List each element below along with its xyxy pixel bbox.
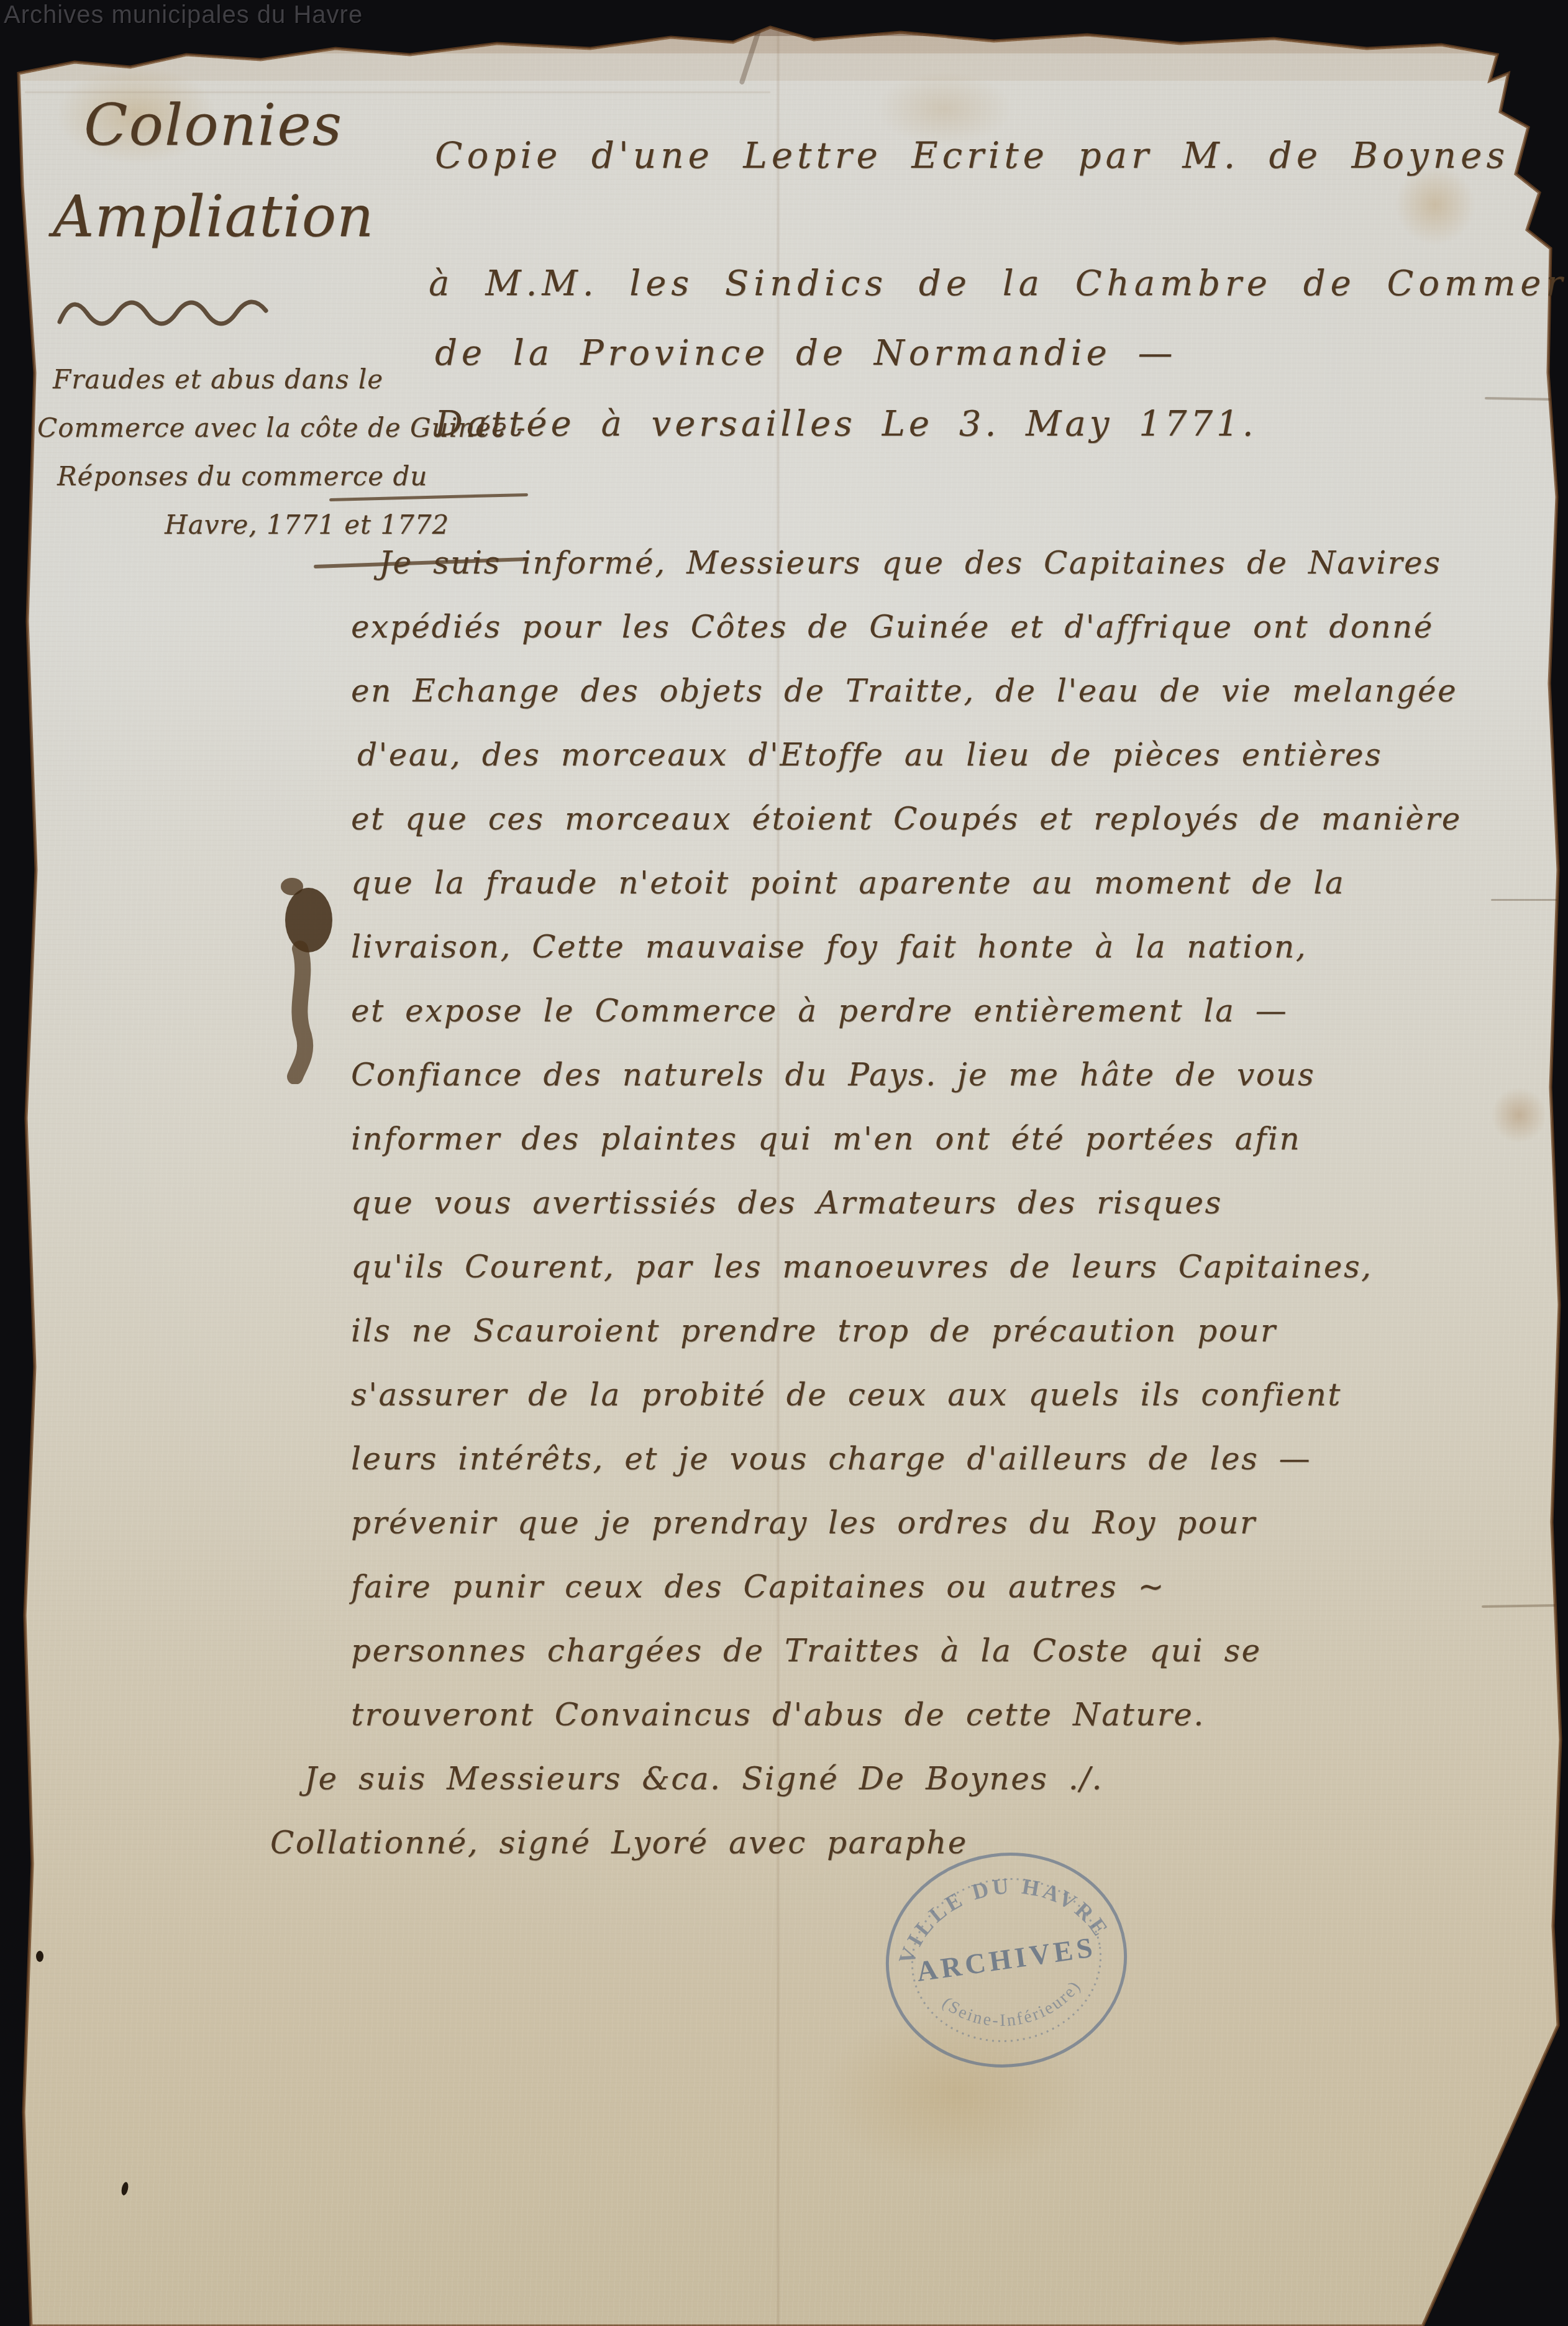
- paper-speck: [36, 1951, 43, 1962]
- stain: [1395, 165, 1475, 245]
- letter-body: Je suis informé, Messieurs que des Capit…: [351, 531, 1462, 1875]
- letter-line: s'assurer de la probité de ceux aux quel…: [351, 1363, 1462, 1427]
- letter-line: qu'ils Courent, par les manoeuvres de le…: [351, 1235, 1462, 1299]
- flourish-wave-icon: [56, 286, 280, 342]
- letter-line: trouveront Convaincus d'abus de cette Na…: [351, 1683, 1462, 1747]
- svg-text:(Seine-Inférieure): (Seine-Inférieure): [937, 1974, 1090, 2040]
- stamp-bottom-text: (Seine-Inférieure): [937, 1974, 1090, 2040]
- letter-line: livraison, Cette mauvaise foy fait honte…: [351, 915, 1462, 979]
- address-line-1: à M.M. les Sindics de la Chambre de Comm…: [429, 263, 1568, 304]
- date-line: Dattée à versailles Le 3. May 1771.: [435, 404, 1257, 444]
- letter-line: leurs intérêts, et je vous charge d'aill…: [351, 1427, 1462, 1491]
- letter-line: Je suis Messieurs &ca. Signé De Boynes .…: [304, 1747, 1462, 1811]
- letter-line: Confiance des naturels du Pays. je me hâ…: [351, 1043, 1462, 1107]
- letter-line: ils ne Scauroient prendre trop de précau…: [351, 1299, 1462, 1363]
- letter-line: et expose le Commerce à perdre entièreme…: [351, 979, 1462, 1043]
- letter-line: et que ces morceaux étoient Coupés et re…: [351, 787, 1462, 851]
- edge-tear-mark: [1485, 397, 1559, 401]
- letter-line: en Echange des objets de Traitte, de l'e…: [351, 659, 1462, 723]
- letter-title: Copie d'une Lettre Ecrite par M. de Boyn…: [435, 134, 1509, 176]
- ink-blot: [264, 867, 370, 1084]
- address-line-2: de la Province de Normandie —: [435, 333, 1177, 373]
- margin-classification: Colonies: [84, 92, 343, 158]
- archival-scan: { "watermark": { "label": "Archives muni…: [0, 0, 1568, 2326]
- margin-note-line: Réponses du commerce du: [57, 452, 526, 501]
- edge-tear-mark: [1491, 899, 1559, 901]
- letter-line: faire punir ceux des Capitaines ou autre…: [351, 1555, 1462, 1619]
- letter-line: expédiés pour les Côtes de Guinée et d'a…: [351, 595, 1462, 659]
- paper-speck: [121, 2181, 129, 2196]
- letter-line: personnes chargées de Traittes à la Cost…: [351, 1619, 1462, 1683]
- letter-line: d'eau, des morceaux d'Etoffe au lieu de …: [357, 723, 1462, 787]
- letter-line: que la fraude n'etoit point aparente au …: [351, 851, 1462, 915]
- letter-line: Je suis informé, Messieurs que des Capit…: [379, 531, 1462, 595]
- letter-line: prévenir que je prendray les ordres du R…: [351, 1491, 1462, 1555]
- letter-line: informer des plaintes qui m'en ont été p…: [351, 1107, 1462, 1171]
- watermark: Archives municipales du Havre: [4, 1, 363, 29]
- margin-note: Fraudes et abus dans le Commerce avec la…: [37, 355, 526, 549]
- letter-line: Collationné, signé Lyoré avec paraphe: [270, 1811, 1462, 1875]
- letter-line: que vous avertissiés des Armateurs des r…: [351, 1171, 1462, 1235]
- stain: [1491, 1087, 1547, 1143]
- margin-heading: Ampliation: [53, 183, 374, 250]
- edge-tear-mark: [1482, 1604, 1559, 1608]
